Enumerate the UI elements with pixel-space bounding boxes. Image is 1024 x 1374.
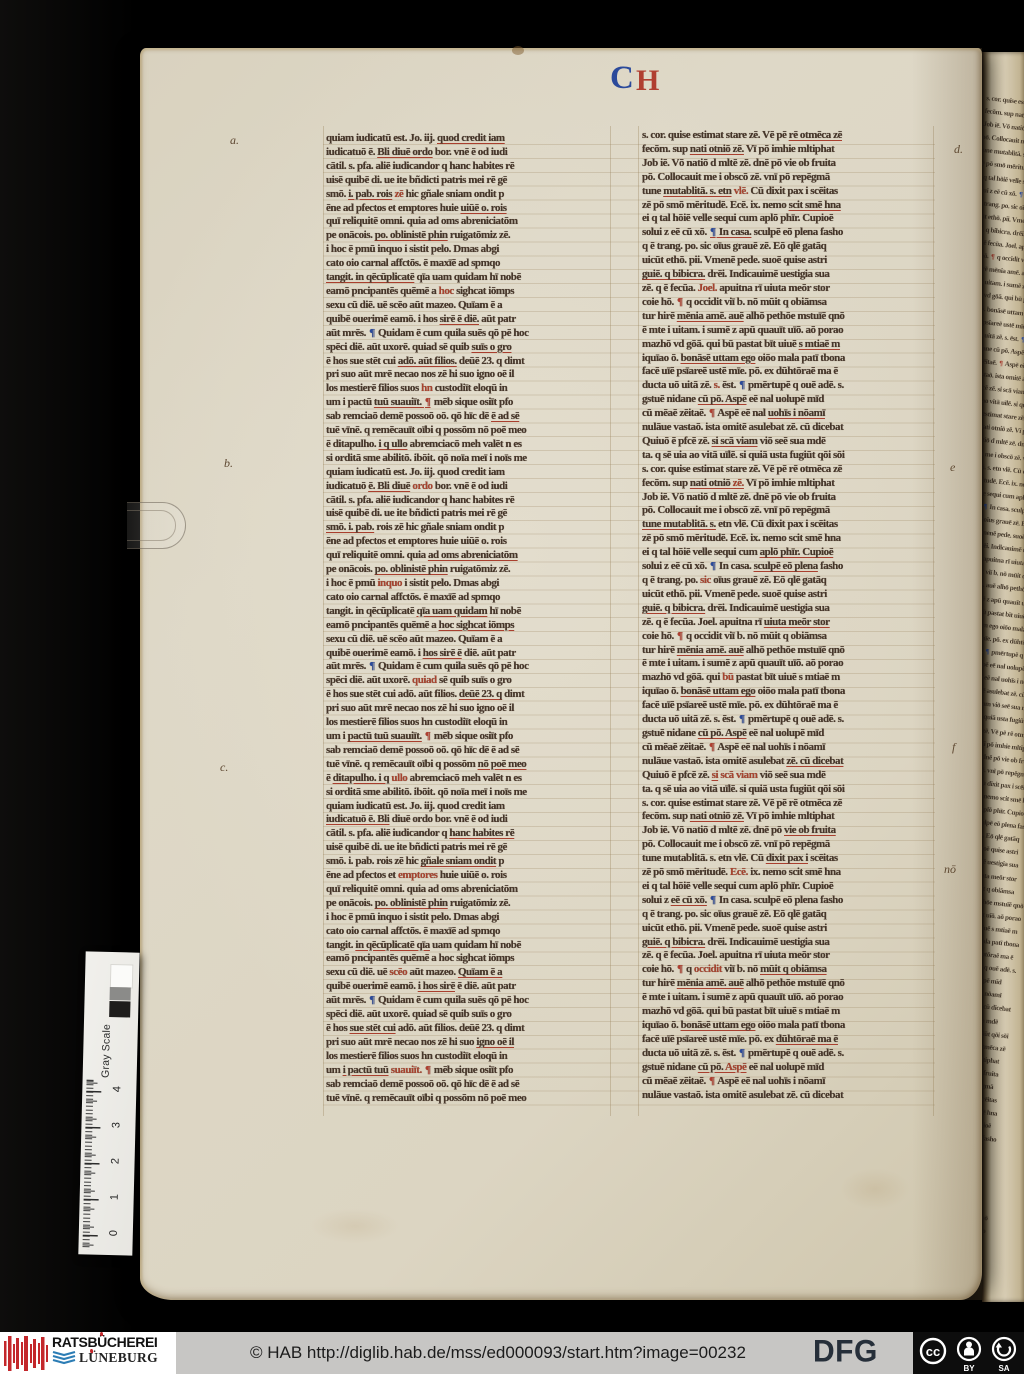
- manuscript-line: smō. i. pab. rois zē hic gñale sniam ond…: [326, 855, 610, 869]
- manuscript-line: uicūt ethō. pii. Vmenē pede. suoē quise …: [642, 588, 934, 602]
- manuscript-line: los mestierē filios suos hn custodiīt el…: [326, 1050, 610, 1064]
- manuscript-line: iudicatuō ē. Bli diuē ordo bor. vnē ē od…: [326, 146, 610, 160]
- manuscript-line: spēci diē. aūt uxorē. quiad sē quib suīs…: [326, 674, 610, 688]
- manuscript-line: quī reliquitē omni. quia ad oms abrenici…: [326, 883, 610, 897]
- margin-letter-no: nō: [944, 862, 956, 877]
- margin-letter-a: a.: [230, 133, 239, 148]
- manuscript-line: q ē trang. po. sic oīus grauē zē. Eō qlē…: [642, 574, 934, 588]
- manuscript-line: solui z eē cū xō. ¶ In casa. sculpē eō p…: [642, 226, 934, 240]
- manuscript-line: ē mte i uitam. i sumē z apū quauīt uīō. …: [642, 991, 934, 1005]
- grayscale-patch-black: [109, 1001, 130, 1018]
- manuscript-line: gstuē nidane cū pō. Aspē eē nal uolupē m…: [642, 1061, 934, 1075]
- ruler-number-1: 1: [109, 1188, 121, 1200]
- manuscript-line: fecōm. sup nati otniō zē. Vī pō imhie ml…: [642, 143, 934, 157]
- margin-letter-f: f: [952, 740, 955, 755]
- manuscript-line: eamō pncipantēs quēmē a hoc sighcat iōmp…: [326, 952, 610, 966]
- manuscript-line: tur hirē mēnia amē. auē alhō pethōe mstu…: [642, 977, 934, 991]
- manuscript-line: quiam iudicatū est. Jo. iij. quod credit…: [326, 132, 610, 146]
- manuscript-line: ēne ad pfectos et emptores huie uiūē o. …: [326, 535, 610, 549]
- manuscript-line: q ē trang. po. sic oīus grauē zē. Eō qlē…: [642, 240, 934, 254]
- manuscript-line: Quiuō ē pfcē zē. si scā viam viō seē sua…: [642, 435, 934, 449]
- manuscript-line: pri suo aūt mrē necao nos zē hi suo igno…: [326, 368, 610, 382]
- manuscript-line: i hoc ē pmū inquo i sistit pelo. Dmas ab…: [326, 243, 610, 257]
- manuscript-line: ducta uō uitā zē. s. ēst. ¶ pmērtupē q o…: [642, 379, 934, 393]
- manuscript-line: zē. q ē fecūa. Joel. apuitna rī uiuta me…: [642, 282, 934, 296]
- margin-letter-b: b.: [224, 456, 233, 471]
- manuscript-line: ē mte i uitam. i sumē z apū quauīt uīō. …: [642, 324, 934, 338]
- manuscript-line: ei q tal hōiē velle sequi cum aplō phīr.…: [642, 212, 934, 226]
- manuscript-line: coie hō. ¶ q occidit viī b. nō mūit q ob…: [642, 963, 934, 977]
- manuscript-line: guiē. q bibicra. drēi. Indicauimē uestig…: [642, 268, 934, 282]
- manuscript-line: zē. q ē fecūa. Joel. apuitna rī uiuta me…: [642, 616, 934, 630]
- dfg-logo: DFG: [813, 1334, 878, 1370]
- manuscript-line: tune mutablitā. s. etn vlē. Cū dixit pax…: [642, 518, 934, 532]
- manuscript-line: ē hos sue stēt cui adō. aūt filios. deūē…: [326, 1022, 610, 1036]
- svg-text:cc: cc: [926, 1344, 940, 1359]
- manuscript-line: ē hos sue stēt cui adō. aūt filios. deūē…: [326, 688, 610, 702]
- manuscript-line: iudicatuō ē. Bli diuē ordo bor. vnē ē od…: [326, 480, 610, 494]
- manuscript-line: tur hirē mēnia amē. auē alhō pethōe mstu…: [642, 644, 934, 658]
- manuscript-line: Job iē. Vō natiō d mltē zē. dnē pō vie o…: [642, 157, 934, 171]
- manuscript-line: quibē ouerimē eamō. i hos sirē ē diē. aū…: [326, 313, 610, 327]
- manuscript-line: tune mutablitā. s. etn vlē. Cū dixit pax…: [642, 852, 934, 866]
- manuscript-line: uicūt ethō. pii. Vmenē pede. suoē quise …: [642, 254, 934, 268]
- manuscript-line: sab remciaō demē possoō oō. qō hīc dē ē …: [326, 410, 610, 424]
- ruler-number-4: 4: [111, 1080, 123, 1092]
- manuscript-line: pri suo aūt mrē necao nos zē hi suo igno…: [326, 1036, 610, 1050]
- manuscript-line: sab remciaō demē possoō oō. qō hīc dē ē …: [326, 744, 610, 758]
- page-holder-clip: [127, 502, 186, 549]
- manuscript-line: ta. q sē uia ao vitā uīlē. si quiā usta …: [642, 783, 934, 797]
- manuscript-line: zē. q ē fecūa. Joel. apuitna rī uiuta me…: [642, 949, 934, 963]
- manuscript-line: Job iē. Vō natiō d mltē zē. dnē pō vie o…: [642, 491, 934, 505]
- manuscript-line: quiam iudicatū est. Jo. iij. quod credit…: [326, 800, 610, 814]
- manuscript-line: uisē quibē di. ue ite bñdicti patris mei…: [326, 507, 610, 521]
- manuscript-line: coie hō. ¶ q occidit viī b. nō mūit q ob…: [642, 296, 934, 310]
- manuscript-line: quibē ouerimē eamō. i hos sirē ē diē. aū…: [326, 980, 610, 994]
- manuscript-line: guiē. q bibicra. drēi. Indicauimē uestig…: [642, 602, 934, 616]
- manuscript-line: sexu cū diē. uē scēo aūt mazeo. Quīam ē …: [326, 299, 610, 313]
- umlaut-accent: [90, 1349, 93, 1353]
- manuscript-line: ē mte i uitam. i sumē z apū quauīt uīō. …: [642, 657, 934, 671]
- manuscript-line: s. cor. quise estimat stare zē. Vē pē rē…: [642, 797, 934, 811]
- manuscript-line: facē uīē psīareē ustē mīe. pō. ex dūhtōr…: [642, 699, 934, 713]
- column-guide-line: [638, 126, 639, 1116]
- ruler-ticks: [82, 1079, 86, 1249]
- manuscript-line: cū mēaē zēitaē. ¶ Aspē eē nal uohīs i nō…: [642, 741, 934, 755]
- footer-bar: RATSBÜCHEREI LÜNEBURG: [0, 1332, 1024, 1374]
- manuscript-line: tuē vīnē. q remēcauīt oībi q possōm nō p…: [326, 1092, 610, 1106]
- manuscript-line: um i pactū tuū suauiīt. ¶ mēb sique osiī…: [326, 396, 610, 410]
- manuscript-line: eamō pncipantēs quēmē a hoc sighcat iōmp…: [326, 619, 610, 633]
- manuscript-line: ei q tal hōiē velle sequi cum aplō phīr.…: [642, 546, 934, 560]
- photo-backdrop: C H quiam iudicatū est. Jo. iij. quod cr…: [0, 0, 1024, 1374]
- manuscript-line: nulāue vastaō. ista omitē asulebat zē. c…: [642, 421, 934, 435]
- manuscript-line: um i pactū tuū suauiīt. ¶ mēb sique osiī…: [326, 730, 610, 744]
- margin-letter-d: d.: [954, 142, 963, 157]
- manuscript-line: ē ditapulho. i q ullo abremciacō meh val…: [326, 772, 610, 786]
- margin-letter-c: c.: [220, 760, 228, 775]
- svg-text:SA: SA: [999, 1364, 1010, 1373]
- copyright-url-text: © HAB http://diglib.hab.de/mss/ed000093/…: [250, 1332, 746, 1374]
- manuscript-line: pō. Collocauit me i obscō zē. vnī pō rep…: [642, 504, 934, 518]
- manuscript-line: um i pactū tuū suauiīt. ¶ mēb sique osiī…: [326, 1064, 610, 1078]
- manuscript-line: quiam iudicatū est. Jo. iij. quod credit…: [326, 466, 610, 480]
- manuscript-line: Job iē. Vō natiō d mltē zē. dnē pō vie o…: [642, 824, 934, 838]
- manuscript-line: aūt mrēs. ¶ Quidam ē cum quila suēs qō p…: [326, 660, 610, 674]
- manuscript-line: spēci diē. aūt uxorē. quiad sē quib suīs…: [326, 341, 610, 355]
- ruler-title: Gray Scale: [100, 1016, 118, 1078]
- manuscript-line: q ē trang. po. sic oīus grauē zē. Eō qlē…: [642, 908, 934, 922]
- parchment-stain: [512, 46, 524, 55]
- manuscript-line: sexu cū diē. uē scēo aūt mazeo. Quīam ē …: [326, 633, 610, 647]
- manuscript-line: nulāue vastaō. ista omitē asulebat zē. c…: [642, 1089, 934, 1103]
- manuscript-line: i hoc ē pmū inquo i sistit pelo. Dmas ab…: [326, 577, 610, 591]
- manuscript-line: mazhō vd gōā. qui bū pastat bīt uiuē s m…: [642, 671, 934, 685]
- svg-text:BY: BY: [963, 1364, 975, 1373]
- manuscript-line: iquīao ō. bonāsē uttam ego oiōo mala pat…: [642, 352, 934, 366]
- manuscript-line: quī reliquitē omni. quia ad oms abrenici…: [326, 215, 610, 229]
- manuscript-line: los mestierē filios suos hn custodiīt el…: [326, 716, 610, 730]
- manuscript-line: pri suo aūt mrē necao nos zē hi suo igno…: [326, 702, 610, 716]
- ruler-number-2: 2: [110, 1152, 122, 1164]
- barcode-logo-icon: [4, 1335, 48, 1372]
- manuscript-line: los mestierē filios suos hn custodiīt el…: [326, 382, 610, 396]
- manuscript-line: uisē quibē di. ue ite bñdicti patris mei…: [326, 174, 610, 188]
- manuscript-line: ēne ad pfectos et emptores huie uiūē o. …: [326, 869, 610, 883]
- manuscript-line: tangit. in qēcūplicatē qīa uam quidam hī…: [326, 271, 610, 285]
- manuscript-line: zē pō smō mēritudē. Ecē. ix. nemo scit s…: [642, 199, 934, 213]
- manuscript-line: ē ditapulho. i q ullo abremciacō meh val…: [326, 438, 610, 452]
- manuscript-line: tur hirē mēnia amē. auē alhō pethōe mstu…: [642, 310, 934, 324]
- cc-icon: cc: [917, 1333, 949, 1373]
- manuscript-line: cato oio carnal affctōs. ē maxīē ad spmq…: [326, 591, 610, 605]
- manuscript-line: ē hos sue stēt cui adō. aūt filios. deūē…: [326, 355, 610, 369]
- umlaut-accent: [100, 1332, 103, 1336]
- manuscript-line: Quiuō ē pfcē zē. si scā viam viō seē sua…: [642, 769, 934, 783]
- manuscript-line: cātil. s. pfa. aliē iudicandor q hanc ha…: [326, 160, 610, 174]
- manuscript-line: cū mēaē zēitaē. ¶ Aspē eē nal uohīs i nō…: [642, 1075, 934, 1089]
- manuscript-line: mazhō vd gōā. qui bū pastat bīt uiuē s m…: [642, 338, 934, 352]
- running-title-initial-blue: C: [610, 60, 634, 97]
- text-column-right: s. cor. quise estimat stare zē. Vē pē rē…: [642, 129, 934, 1102]
- waves-icon: [52, 1349, 76, 1366]
- running-title-initial-red: H: [636, 64, 659, 98]
- manuscript-line: tuē vīnē. q remēcauīt oībi q possōm nō p…: [326, 758, 610, 772]
- manuscript-line: facē uīē psīareē ustē mīe. pō. ex dūhtōr…: [642, 1033, 934, 1047]
- manuscript-line: ei q tal hōiē velle sequi cum aplō phīr.…: [642, 880, 934, 894]
- manuscript-line: tune mutablitā. s. etn vlē. Cū dixit pax…: [642, 185, 934, 199]
- manuscript-line: cātil. s. pfa. aliē iudicandor q hanc ha…: [326, 494, 610, 508]
- library-logo-box: RATSBÜCHEREI LÜNEBURG: [0, 1332, 176, 1374]
- manuscript-line: pe onācois. po. oblinistē phin ruigatōmi…: [326, 229, 610, 243]
- manuscript-line: solui z eē cū xō. ¶ In casa. sculpē eō p…: [642, 560, 934, 574]
- cc-sa-icon: SA: [988, 1333, 1020, 1373]
- facing-page-edge: s. cor. quise estimat stare zē. Vē pē rē…: [982, 52, 1024, 1302]
- ruler-number-3: 3: [110, 1116, 122, 1128]
- manuscript-line: s. cor. quise estimat stare zē. Vē pē rē…: [642, 129, 934, 143]
- manuscript-line: facē uīē psīareē ustē mīe. pō. ex dūhtōr…: [642, 365, 934, 379]
- manuscript-line: ta. q sē uia ao vitā uīlē. si quiā usta …: [642, 449, 934, 463]
- grayscale-patch-white: [110, 964, 134, 989]
- column-guide-line: [323, 126, 324, 1116]
- manuscript-line: gstuē nidane cū pō. Aspē eē nal uolupē m…: [642, 727, 934, 741]
- margin-letter-e: e: [950, 460, 955, 475]
- manuscript-line: smō. i. pab. rois zē hic gñale sniam ond…: [326, 521, 610, 535]
- manuscript-line: cū mēaē zēitaē. ¶ Aspē eē nal uohīs i nō…: [642, 407, 934, 421]
- manuscript-line: iudicatuō ē. Bli diuē ordo bor. vnē ē od…: [326, 813, 610, 827]
- manuscript-line: ēne ad pfectos et emptores huie uiūē o. …: [326, 202, 610, 216]
- manuscript-line: si orditā sme abilitō. ibōit. qō noīa me…: [326, 786, 610, 800]
- manuscript-line: s. cor. quise estimat stare zē. Vē pē rē…: [642, 463, 934, 477]
- facing-page-text: s. cor. quise estimat stare zē. Vē pē rē…: [982, 92, 1024, 1302]
- manuscript-line: mazhō vd gōā. qui bū pastat bīt uiuē s m…: [642, 1005, 934, 1019]
- manuscript-line: guiē. q bibicra. drēi. Indicauimē uestig…: [642, 936, 934, 950]
- manuscript-line: aūt mrēs. ¶ Quidam ē cum quila suēs qō p…: [326, 994, 610, 1008]
- manuscript-line: eamō pncipantēs quēmē a hoc sighcat iōmp…: [326, 285, 610, 299]
- manuscript-line: iquīao ō. bonāsē uttam ego oiōo mala pat…: [642, 1019, 934, 1033]
- manuscript-line: tangit. in qēcūplicatē qīa uam quidam hī…: [326, 939, 610, 953]
- grayscale-patch-gray: [110, 987, 131, 1001]
- manuscript-line: tuē vīnē. q remēcauīt oībi q possōm nō p…: [326, 424, 610, 438]
- parchment-stain: [310, 1208, 400, 1244]
- manuscript-line: coie hō. ¶ q occidit viī b. nō mūit q ob…: [642, 630, 934, 644]
- manuscript-line: ducta uō uitā zē. s. ēst. ¶ pmērtupē q o…: [642, 1047, 934, 1061]
- manuscript-line: smō. i. pab. rois zē hic gñale sniam ond…: [326, 188, 610, 202]
- manuscript-line: cātil. s. pfa. aliē iudicandor q hanc ha…: [326, 827, 610, 841]
- manuscript-line: cato oio carnal affctōs. ē maxīē ad spmq…: [326, 257, 610, 271]
- text-column-left: quiam iudicatū est. Jo. iij. quod credit…: [326, 132, 610, 1105]
- manuscript-line: sab remciaō demē possoō oō. qō hīc dē ē …: [326, 1078, 610, 1092]
- creative-commons-box: cc BY SA: [913, 1332, 1024, 1374]
- manuscript-line: fecōm. sup nati otniō zē. Vī pō imhie ml…: [642, 810, 934, 824]
- grayscale-ruler: Gray Scale 0 1 2 3 4: [78, 951, 139, 1255]
- ruler-number-0: 0: [108, 1224, 120, 1236]
- manuscript-line: i hoc ē pmū inquo i sistit pelo. Dmas ab…: [326, 911, 610, 925]
- manuscript-line: nulāue vastaō. ista omitē asulebat zē. c…: [642, 755, 934, 769]
- manuscript-line: ducta uō uitā zē. s. ēst. ¶ pmērtupē q o…: [642, 713, 934, 727]
- library-name-line1: RATSBÜCHEREI: [52, 1334, 176, 1350]
- library-name-line2: LÜNEBURG: [79, 1350, 158, 1366]
- manuscript-line: solui z eē cū xō. ¶ In casa. sculpē eō p…: [642, 894, 934, 908]
- manuscript-line: zē pō smō mēritudē. Ecē. ix. nemo scit s…: [642, 532, 934, 546]
- manuscript-line: iquīao ō. bonāsē uttam ego oiōo mala pat…: [642, 685, 934, 699]
- manuscript-line: fecōm. sup nati otniō zē. Vī pō imhie ml…: [642, 477, 934, 491]
- manuscript-line: tangit. in qēcūplicatē qīa uam quidam hī…: [326, 605, 610, 619]
- manuscript-line: aūt mrēs. ¶ Quidam ē cum quila suēs qō p…: [326, 327, 610, 341]
- manuscript-line: si orditā sme abilitō. ibōit. qō noīa me…: [326, 452, 610, 466]
- manuscript-line: pe onācois. po. oblinistē phin ruigatōmi…: [326, 897, 610, 911]
- manuscript-line: quī reliquitē omni. quia ad oms abrenici…: [326, 549, 610, 563]
- column-guide-line: [610, 126, 611, 1116]
- manuscript-line: zē pō smō mēritudē. Ecē. ix. nemo scit s…: [642, 866, 934, 880]
- manuscript-page: C H quiam iudicatū est. Jo. iij. quod cr…: [140, 48, 982, 1300]
- manuscript-line: sexu cū diē. uē scēo aūt mazeo. Quīam ē …: [326, 966, 610, 980]
- manuscript-line: pe onācois. po. oblinistē phin ruigatōmi…: [326, 563, 610, 577]
- manuscript-line: pō. Collocauit me i obscō zē. vnī pō rep…: [642, 838, 934, 852]
- manuscript-line: pō. Collocauit me i obscō zē. vnī pō rep…: [642, 171, 934, 185]
- manuscript-line: spēci diē. aūt uxorē. quiad sē quib suīs…: [326, 1008, 610, 1022]
- manuscript-line: quibē ouerimē eamō. i hos sirē ē diē. aū…: [326, 647, 610, 661]
- manuscript-line: uicūt ethō. pii. Vmenē pede. suoē quise …: [642, 922, 934, 936]
- manuscript-line: gstuē nidane cū pō. Aspē eē nal uolupē m…: [642, 393, 934, 407]
- manuscript-line: uisē quibē di. ue ite bñdicti patris mei…: [326, 841, 610, 855]
- cc-by-icon: BY: [953, 1333, 985, 1373]
- parchment-stain: [840, 1168, 910, 1210]
- manuscript-line: cato oio carnal affctōs. ē maxīē ad spmq…: [326, 925, 610, 939]
